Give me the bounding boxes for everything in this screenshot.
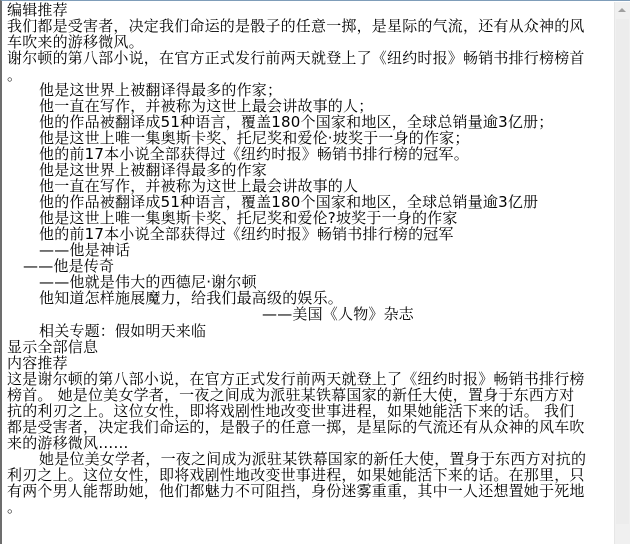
text-line: 谢尔顿的第八部小说，在官方正式发行前两天就登上了《纽约时报》畅销书排行榜榜首 <box>7 51 585 67</box>
text-content-area[interactable]: 编辑推荐我们都是受害者，决定我们命运的是骰子的任意一掷，是星际的气流，还有从众神… <box>4 2 614 544</box>
text-line: 有两个男人能帮助她，他们都魅力不可阻挡，身份迷雾重重，其中一人还想置她于死地 <box>7 484 585 500</box>
text-viewer-window: 编辑推荐我们都是受害者，决定我们命运的是骰子的任意一掷，是星际的气流，还有从众神… <box>0 0 630 544</box>
scrollbar-thumb[interactable] <box>616 19 629 524</box>
vertical-scrollbar[interactable] <box>614 2 630 544</box>
text-line: ——美国《人物》杂志 <box>262 307 414 323</box>
scroll-up-arrow-icon[interactable] <box>618 8 626 12</box>
text-line: 。 <box>7 500 22 516</box>
text-line: 。 <box>7 68 22 84</box>
